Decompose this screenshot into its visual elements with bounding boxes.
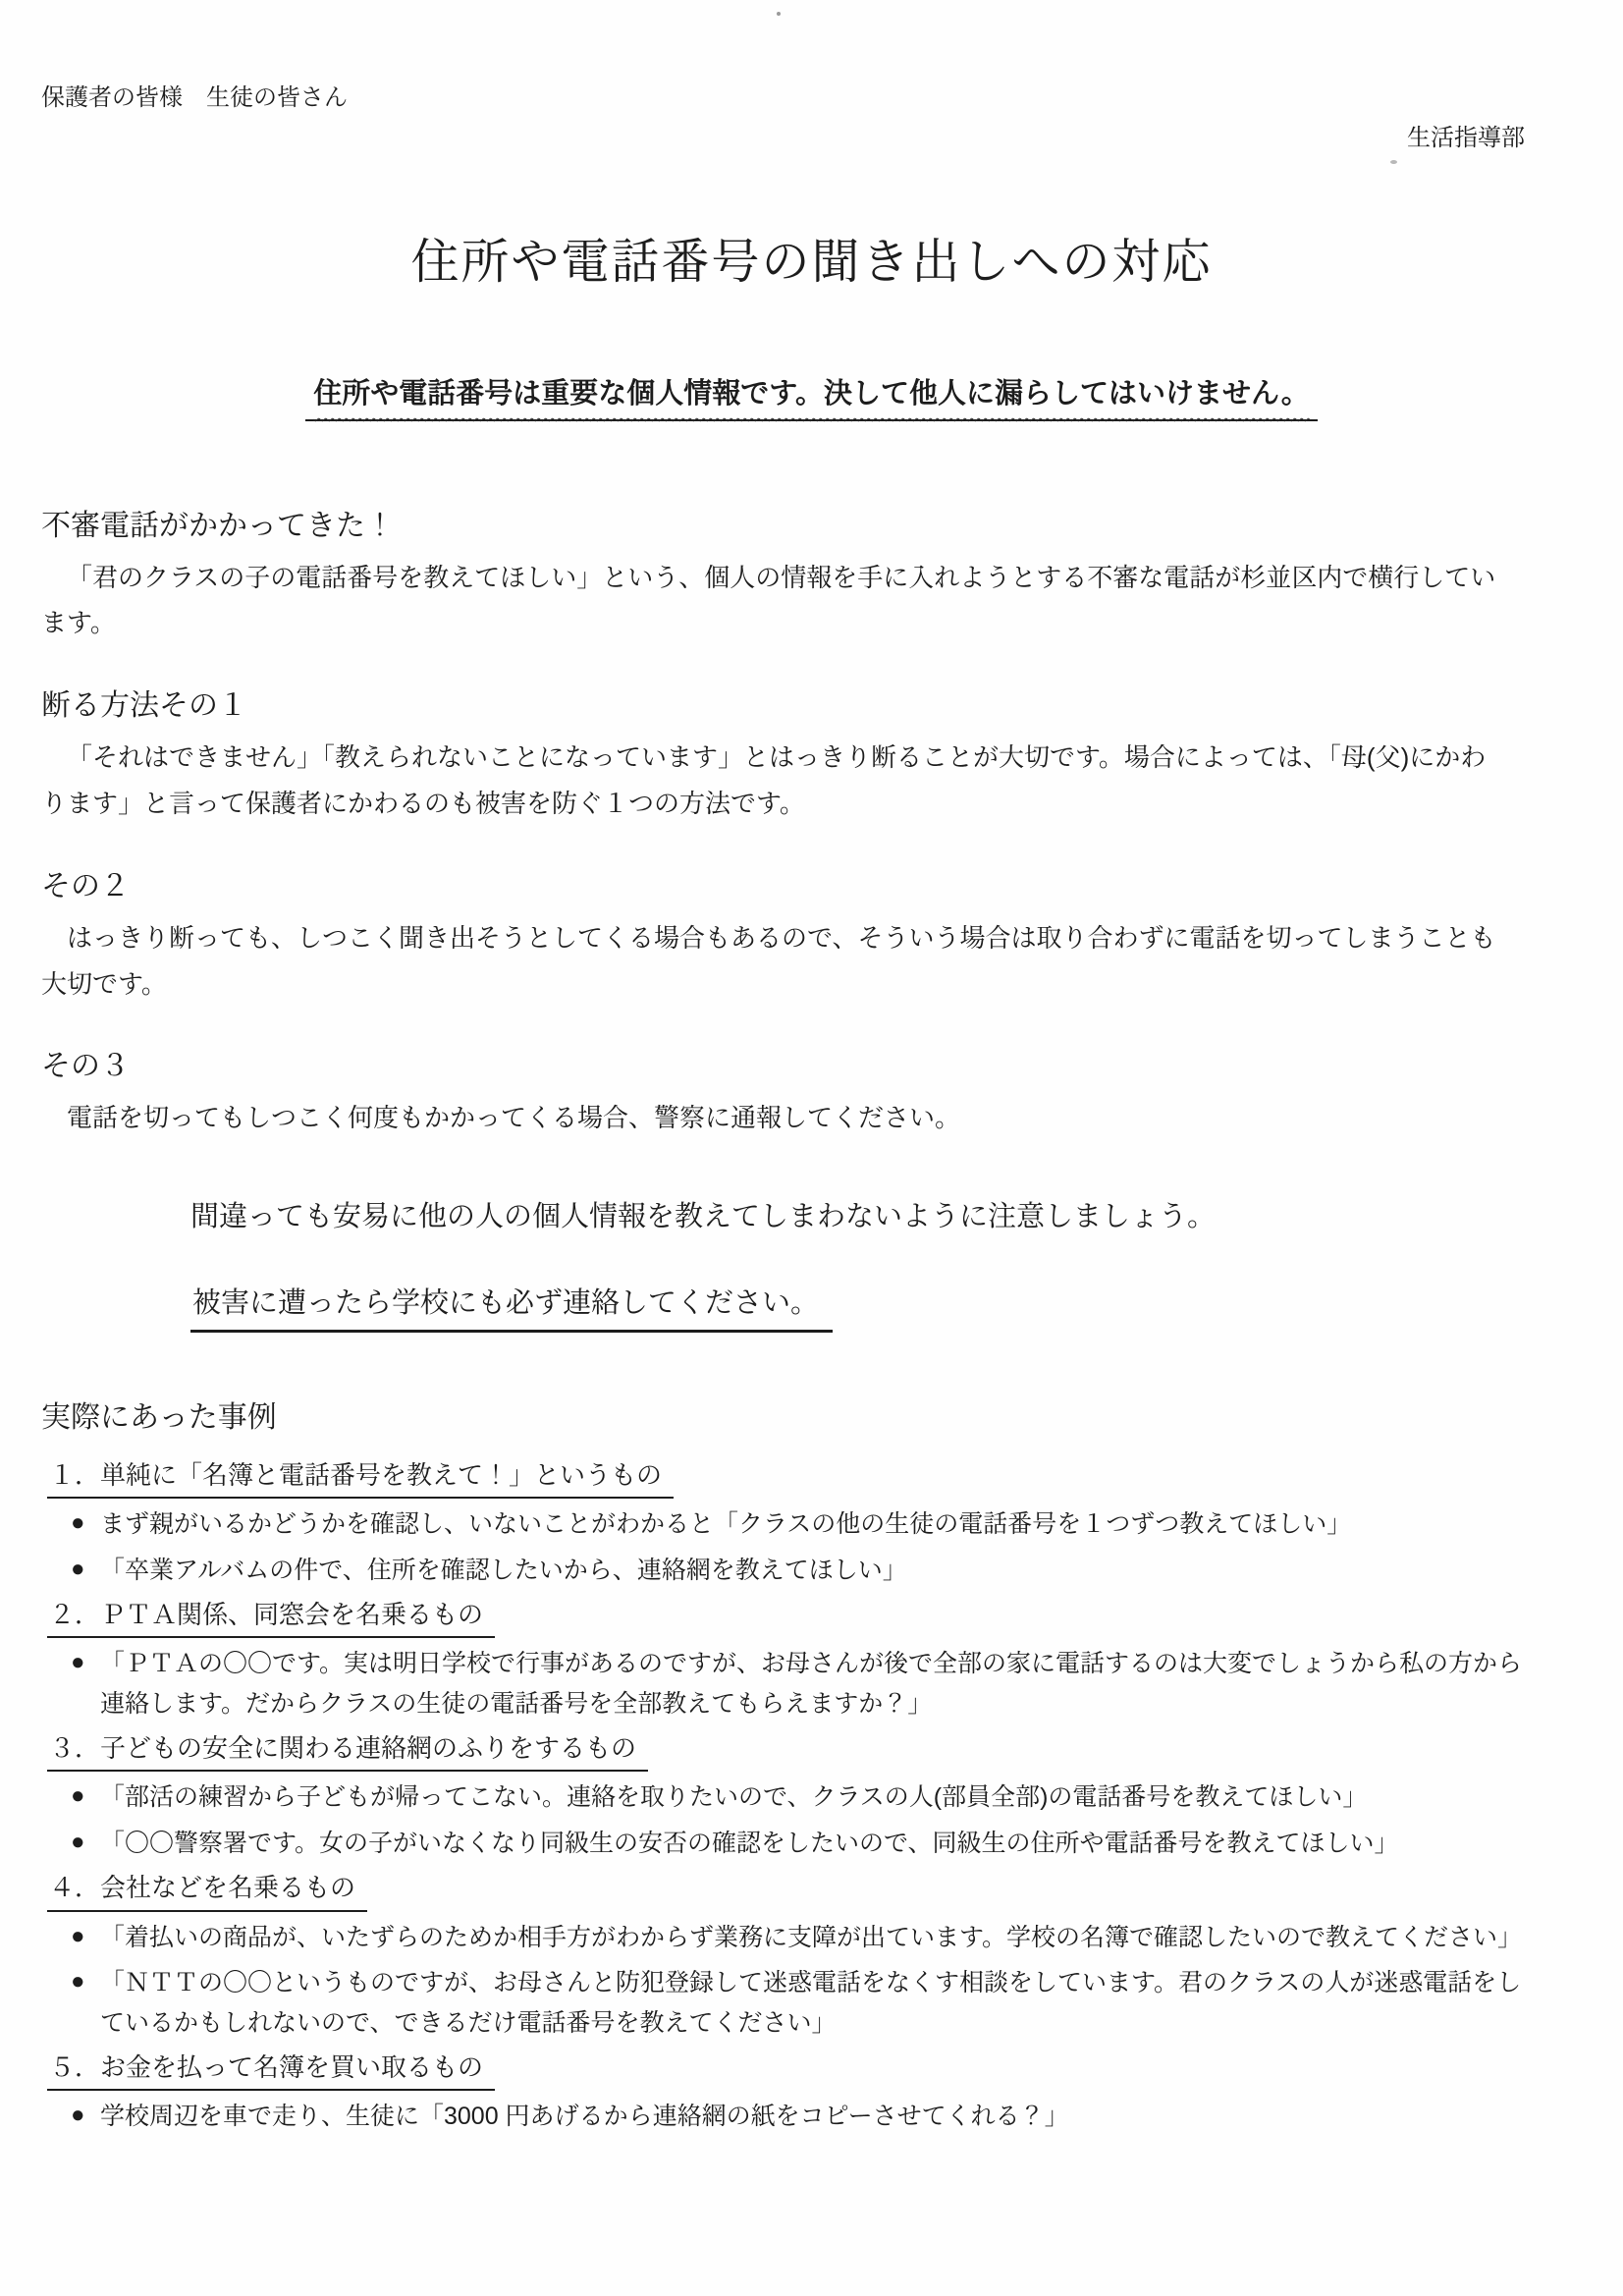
bullet-icon: ● — [71, 1824, 100, 1862]
list-item: ● 「〇〇警察署です。女の子がいなくなり同級生の安否の確認をしたいので、同級生の… — [71, 1824, 1524, 1864]
bullet-text: 「ＰＴＡの〇〇です。実は明日学校で行事があるのですが、お母さんが後で全部の家に電… — [100, 1644, 1524, 1723]
case-label: ４．会社などを名乗るもの — [47, 1871, 367, 1911]
scanned-notice-page: 保護者の皆様 生徒の皆さん 生活指導部 住所や電話番号の聞き出しへの対応 住所や… — [0, 0, 1623, 2296]
section-body-suspicious-call: 「君のクラスの子の電話番号を教えてほしい」という、個人の情報を手に入れようとする… — [41, 555, 1504, 647]
section-body-refusal-2: はっきり断っても、しつこく聞き出そうとしてくる場合もあるので、そういう場合は取り… — [41, 915, 1504, 1008]
section-heading-refusal-3: その３ — [41, 1046, 1582, 1087]
list-item: ● 「着払いの商品が、いたずらのためか相手方がわからず業務に支障が出ています。学… — [71, 1918, 1524, 1958]
list-item: ● 「部活の練習から子どもが帰ってこない。連絡を取りたいので、クラスの人(部員全… — [71, 1777, 1524, 1818]
bullet-icon: ● — [71, 2097, 100, 2135]
section-body-refusal-3: 電話を切ってもしつこく何度もかかってくる場合、警察に通報してください。 — [41, 1095, 1504, 1141]
case-block-4: ４．会社などを名乗るもの ● 「着払いの商品が、いたずらのためか相手方がわからず… — [41, 1871, 1582, 2043]
section-body-refusal-1: 「それはできません」「教えられないことになっています」とはっきり断ることが大切で… — [41, 735, 1504, 827]
bullet-icon: ● — [71, 1504, 100, 1543]
contact-note-underlined: 被害に遭ったら学校にも必ず連絡してください。 — [190, 1283, 833, 1334]
case-label: ３．子どもの安全に関わる連絡網のふりをするもの — [47, 1731, 648, 1772]
case-block-2: ２．ＰＴＡ関係、同窓会を名乗るもの ● 「ＰＴＡの〇〇です。実は明日学校で行事が… — [41, 1598, 1582, 1723]
bullet-icon: ● — [71, 1551, 100, 1589]
bullet-text: 「卒業アルバムの件で、住所を確認したいから、連絡網を教えてほしい」 — [100, 1551, 1524, 1591]
list-item: ● まず親がいるかどうかを確認し、いないことがわかると「クラスの他の生徒の電話番… — [71, 1504, 1524, 1545]
bullet-icon: ● — [71, 1644, 100, 1682]
section-heading-suspicious-call: 不審電話がかかってきた！ — [41, 506, 1582, 547]
list-item: ● 学校周辺を車で走り、生徒に「3000 円あげるから連絡網の紙をコピーさせてく… — [71, 2097, 1524, 2137]
contact-note: 被害に遭ったら学校にも必ず連絡してください。 — [190, 1283, 1582, 1334]
bullet-text: まず親がいるかどうかを確認し、いないことがわかると「クラスの他の生徒の電話番号を… — [100, 1504, 1524, 1545]
addressee-line: 保護者の皆様 生徒の皆さん — [41, 82, 1582, 113]
bullet-text: 「着払いの商品が、いたずらのためか相手方がわからず業務に支障が出ています。学校の… — [100, 1918, 1524, 1958]
case-block-1: １．単純に「名簿と電話番号を教えて！」というもの ● まず親がいるかどうかを確認… — [41, 1458, 1582, 1590]
subtitle-underlined: 住所や電話番号は重要な個人情報です。決して他人に漏らしてはいけません。 — [305, 373, 1317, 421]
list-item: ● 「ＮＴＴの〇〇というものですが、お母さんと防犯登録して迷惑電話をなくす相談を… — [71, 1963, 1524, 2043]
list-item: ● 「卒業アルバムの件で、住所を確認したいから、連絡網を教えてほしい」 — [71, 1551, 1524, 1591]
department-line: 生活指導部 — [41, 123, 1582, 153]
case-block-5: ５．お金を払って名簿を買い取るもの ● 学校周辺を車で走り、生徒に「3000 円… — [41, 2050, 1582, 2137]
bullet-icon: ● — [71, 1963, 100, 2001]
section-heading-refusal-2: その２ — [41, 866, 1582, 907]
caution-note: 間違っても安易に他の人の個人情報を教えてしまわないように注意しましょう。 — [190, 1196, 1582, 1239]
bullet-icon: ● — [71, 1918, 100, 1956]
section-heading-refusal-1: 断る方法その１ — [41, 685, 1582, 727]
case-label: ５．お金を払って名簿を買い取るもの — [47, 2050, 495, 2091]
scan-speckle — [1390, 160, 1397, 164]
page-title: 住所や電話番号の聞き出しへの対応 — [41, 232, 1582, 295]
case-label: ２．ＰＴＡ関係、同窓会を名乗るもの — [47, 1598, 495, 1638]
subtitle-row: 住所や電話番号は重要な個人情報です。決して他人に漏らしてはいけません。 — [41, 373, 1582, 421]
case-block-3: ３．子どもの安全に関わる連絡網のふりをするもの ● 「部活の練習から子どもが帰っ… — [41, 1731, 1582, 1863]
examples-heading: 実際にあった事例 — [41, 1397, 1582, 1439]
bullet-text: 学校周辺を車で走り、生徒に「3000 円あげるから連絡網の紙をコピーさせてくれる… — [100, 2097, 1524, 2137]
bullet-text: 「部活の練習から子どもが帰ってこない。連絡を取りたいので、クラスの人(部員全部)… — [100, 1777, 1524, 1818]
bullet-text: 「ＮＴＴの〇〇というものですが、お母さんと防犯登録して迷惑電話をなくす相談をして… — [100, 1963, 1524, 2043]
scan-speckle — [777, 12, 781, 16]
bullet-text: 「〇〇警察署です。女の子がいなくなり同級生の安否の確認をしたいので、同級生の住所… — [100, 1824, 1524, 1864]
list-item: ● 「ＰＴＡの〇〇です。実は明日学校で行事があるのですが、お母さんが後で全部の家… — [71, 1644, 1524, 1723]
case-list: １．単純に「名簿と電話番号を教えて！」というもの ● まず親がいるかどうかを確認… — [41, 1458, 1582, 2136]
bullet-icon: ● — [71, 1777, 100, 1816]
case-label: １．単純に「名簿と電話番号を教えて！」というもの — [47, 1458, 674, 1499]
